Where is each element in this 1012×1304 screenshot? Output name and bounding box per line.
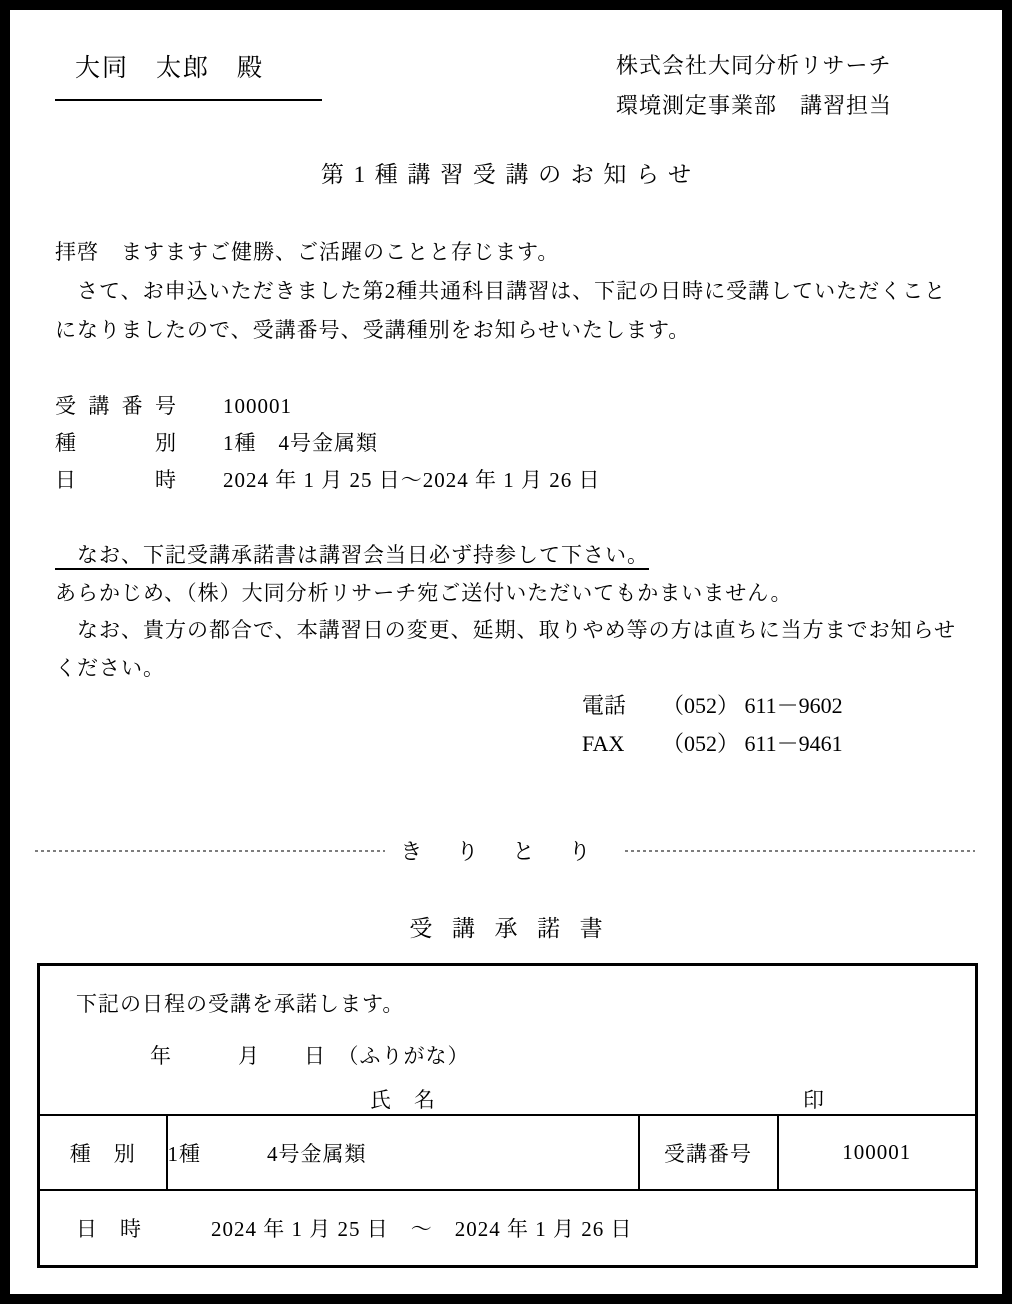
name-label: 氏 名 <box>370 1084 436 1114</box>
course-type-label: 種別 <box>55 425 177 462</box>
seal-label: 印 <box>803 1084 825 1114</box>
tel-number: （052） 611－9602 <box>662 693 843 718</box>
notice-line-underlined: なお、下記受講承諾書は講習会当日必ず持参して下さい。 <box>55 543 649 567</box>
consent-datetime-cell: 日 時2024 年 1 月 25 日 ～ 2024 年 1 月 26 日 <box>39 1190 977 1267</box>
sender-block: 株式会社大同分析リサーチ 環境測定事業部 講習担当 <box>616 46 892 126</box>
greeting-line: 拝啓 ますますご健勝、ご活躍のことと存じます。 <box>55 233 957 272</box>
table-type-value: 1種 4号金属類 <box>167 1115 639 1190</box>
consent-statement: 下記の日程の受講を承諾します。 <box>76 988 975 1018</box>
tel-label: 電話 <box>582 687 662 725</box>
cut-here-label: きりとり <box>400 835 624 866</box>
body-line-1: さて、お申込いただきました第2種共通科目講習は、下記の日時に受講していただくこと <box>55 272 957 311</box>
consent-type-row: 種 別 1種 4号金属類 受講番号 100001 <box>39 1115 977 1190</box>
cut-here-line: きりとり <box>35 835 975 866</box>
datetime-label: 日時 <box>55 462 177 499</box>
table-datetime-value: 2024 年 1 月 25 日 ～ 2024 年 1 月 26 日 <box>211 1217 633 1241</box>
notice-line-4: ください。 <box>55 650 957 688</box>
notice-block: なお、下記受講承諾書は講習会当日必ず持参して下さい。 あらかじめ、（株）大同分析… <box>55 537 957 687</box>
sender-company: 株式会社大同分析リサーチ <box>616 46 892 86</box>
table-datetime-label: 日 時 <box>76 1213 211 1243</box>
table-type-label: 種 別 <box>39 1115 167 1190</box>
detail-row-datetime: 日時2024 年 1 月 25 日～2024 年 1 月 26 日 <box>55 462 957 499</box>
consent-form-table: 下記の日程の受講を承諾します。 年 月 日 （ふりがな） 氏 名 印 種 別 1… <box>37 963 978 1268</box>
consent-header-cell: 下記の日程の受講を承諾します。 年 月 日 （ふりがな） 氏 名 印 <box>39 965 977 1116</box>
tel-row: 電話（052） 611－9602 <box>582 687 957 725</box>
fax-row: FAX（052） 611－9461 <box>582 725 957 763</box>
table-number-label: 受講番号 <box>639 1115 778 1190</box>
notice-line-2: あらかじめ、（株）大同分析リサーチ宛ご送付いただいてもかまいません。 <box>55 575 957 613</box>
letter-title: 第1種講習受講のお知らせ <box>55 156 957 189</box>
cut-dash-right <box>625 850 975 852</box>
sender-department: 環境測定事業部 講習担当 <box>616 86 892 126</box>
recipient-name: 大同 太郎 殿 <box>55 46 322 101</box>
notice-line-3: なお、貴方の都合で、本講習日の変更、延期、取りやめ等の方は直ちに当方までお知らせ <box>55 612 957 650</box>
notice-line-underlined-wrap: なお、下記受講承諾書は講習会当日必ず持参して下さい。 <box>55 537 957 575</box>
table-number-value: 100001 <box>778 1115 977 1190</box>
fax-label: FAX <box>582 725 662 763</box>
fax-number: （052） 611－9461 <box>662 731 843 756</box>
cut-dash-left <box>35 850 385 852</box>
consent-form-title: 受講承諾書 <box>55 910 957 943</box>
notification-letter-page: 大同 太郎 殿 株式会社大同分析リサーチ 環境測定事業部 講習担当 第1種講習受… <box>0 0 1012 1304</box>
body-line-2: になりましたので、受講番号、受講種別をお知らせいたします。 <box>55 311 957 350</box>
letter-header: 大同 太郎 殿 株式会社大同分析リサーチ 環境測定事業部 講習担当 <box>55 46 957 126</box>
body-paragraph: 拝啓 ますますご健勝、ご活躍のことと存じます。 さて、お申込いただきました第2種… <box>55 233 957 350</box>
datetime-value: 2024 年 1 月 25 日～2024 年 1 月 26 日 <box>223 468 601 492</box>
consent-name-line: 氏 名 印 <box>370 1084 825 1114</box>
details-block: 受講番号100001 種別1種 4号金属類 日時2024 年 1 月 25 日～… <box>55 388 957 499</box>
consent-datetime-row: 日 時2024 年 1 月 25 日 ～ 2024 年 1 月 26 日 <box>39 1190 977 1267</box>
attendance-number-label: 受講番号 <box>55 388 177 425</box>
attendance-number-value: 100001 <box>223 394 292 418</box>
detail-row-type: 種別1種 4号金属類 <box>55 425 957 462</box>
detail-row-number: 受講番号100001 <box>55 388 957 425</box>
consent-date-blanks: 年 月 日 （ふりがな） <box>150 1040 975 1070</box>
course-type-value: 1種 4号金属類 <box>223 431 378 455</box>
consent-header-row: 下記の日程の受講を承諾します。 年 月 日 （ふりがな） 氏 名 印 <box>39 965 977 1116</box>
contact-block: 電話（052） 611－9602 FAX（052） 611－9461 <box>55 687 957 763</box>
